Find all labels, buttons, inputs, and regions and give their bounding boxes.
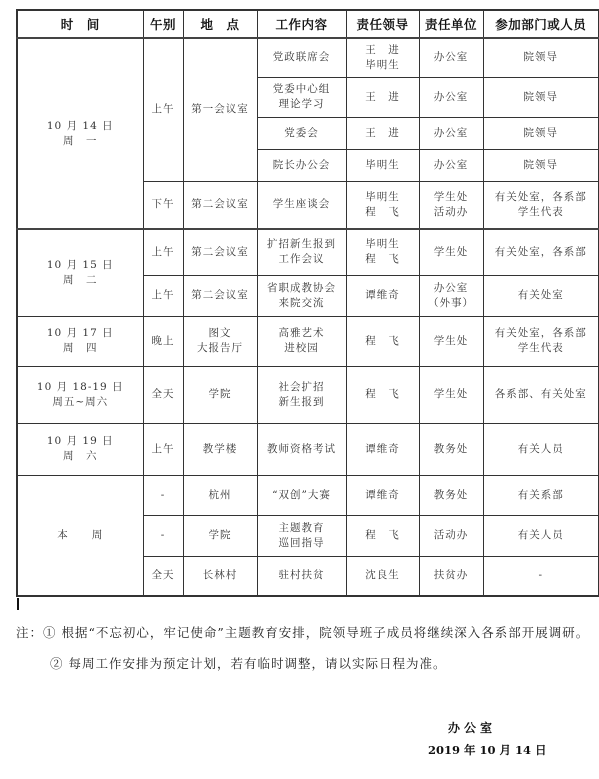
unit-cell: 教务处 bbox=[419, 475, 483, 515]
date-cell: 10 月 14 日 周 一 bbox=[17, 38, 143, 229]
date-cell: 10 月 15 日 周 二 bbox=[17, 229, 143, 316]
unit-cell: 办公室 bbox=[419, 149, 483, 181]
unit-cell: 办公室 bbox=[419, 38, 483, 77]
location-cell: 第二会议室 bbox=[183, 275, 257, 316]
participants-cell: 院领导 bbox=[483, 77, 599, 117]
weekly-schedule-table: 时 间 午别 地 点 工作内容 责任领导 责任单位 参加部门或人员 10 月 1… bbox=[16, 9, 599, 597]
header-participants: 参加部门或人员 bbox=[483, 10, 599, 38]
date-cell: 本 周 bbox=[17, 475, 143, 596]
date-cell: 10 月 19 日 周 六 bbox=[17, 423, 143, 475]
header-content: 工作内容 bbox=[257, 10, 346, 38]
unit-cell: 扶贫办 bbox=[419, 556, 483, 596]
date-cell: 10 月 18-19 日 周五~周六 bbox=[17, 366, 143, 423]
content-cell: 党政联席会 bbox=[257, 38, 346, 77]
date-cell: 10 月 17 日 周 四 bbox=[17, 316, 143, 366]
location-cell: 图文 大报告厅 bbox=[183, 316, 257, 366]
unit-cell: 办公室 bbox=[419, 77, 483, 117]
period-cell: - bbox=[143, 515, 183, 556]
participants-cell: 有关处室，各系部 bbox=[483, 229, 599, 275]
participants-cell: 有关系部 bbox=[483, 475, 599, 515]
leader-cell: 程 飞 bbox=[346, 515, 419, 556]
participants-cell: 各系部、有关处室 bbox=[483, 366, 599, 423]
leader-cell: 毕明生 程 飞 bbox=[346, 229, 419, 275]
participants-cell: 院领导 bbox=[483, 117, 599, 149]
header-unit: 责任单位 bbox=[419, 10, 483, 38]
location-cell: 第二会议室 bbox=[183, 181, 257, 229]
note-1: 注：① 根据“不忘初心，牢记使命”主题教育安排，院领导班子成员将继续深入各系部开… bbox=[16, 620, 591, 645]
unit-cell: 学生处 bbox=[419, 366, 483, 423]
participants-cell: 院领导 bbox=[483, 38, 599, 77]
unit-cell: 办公室 （外事） bbox=[419, 275, 483, 316]
content-cell: 主题教育 巡回指导 bbox=[257, 515, 346, 556]
location-cell: 长林村 bbox=[183, 556, 257, 596]
leader-cell: 王 进 bbox=[346, 117, 419, 149]
unit-cell: 学生处 bbox=[419, 316, 483, 366]
note-2: ② 每周工作安排为预定计划，若有临时调整，请以实际日程为准。 bbox=[16, 651, 591, 676]
period-cell: 上午 bbox=[143, 275, 183, 316]
leader-cell: 程 飞 bbox=[346, 366, 419, 423]
participants-cell: 有关处室，各系部 学生代表 bbox=[483, 316, 599, 366]
location-cell: 第二会议室 bbox=[183, 229, 257, 275]
content-cell: 党委中心组 理论学习 bbox=[257, 77, 346, 117]
period-cell: 上午 bbox=[143, 229, 183, 275]
header-location: 地 点 bbox=[183, 10, 257, 38]
text-cursor bbox=[17, 598, 19, 610]
unit-cell: 学生处 活动办 bbox=[419, 181, 483, 229]
table-row: 10 月 19 日 周 六 上午 教学楼 教师资格考试 谭维奇 教务处 有关人员 bbox=[17, 423, 599, 475]
unit-cell: 办公室 bbox=[419, 117, 483, 149]
leader-cell: 王 进 毕明生 bbox=[346, 38, 419, 77]
content-cell: 学生座谈会 bbox=[257, 181, 346, 229]
table-row: 10 月 15 日 周 二 上午 第二会议室 扩招新生报到 工作会议 毕明生 程… bbox=[17, 229, 599, 275]
location-cell: 学院 bbox=[183, 366, 257, 423]
content-cell: “双创”大赛 bbox=[257, 475, 346, 515]
period-cell: 全天 bbox=[143, 556, 183, 596]
leader-cell: 沈良生 bbox=[346, 556, 419, 596]
participants-cell: 有关处室 bbox=[483, 275, 599, 316]
location-cell: 杭州 bbox=[183, 475, 257, 515]
header-period: 午别 bbox=[143, 10, 183, 38]
content-cell: 党委会 bbox=[257, 117, 346, 149]
location-cell: 第一会议室 bbox=[183, 38, 257, 181]
period-cell: 晚上 bbox=[143, 316, 183, 366]
header-leader: 责任领导 bbox=[346, 10, 419, 38]
signature-date: 2019 年 10 月 14 日 bbox=[428, 742, 599, 758]
content-cell: 教师资格考试 bbox=[257, 423, 346, 475]
header-row: 时 间 午别 地 点 工作内容 责任领导 责任单位 参加部门或人员 bbox=[17, 10, 599, 38]
participants-cell: 有关人员 bbox=[483, 423, 599, 475]
leader-cell: 毕明生 程 飞 bbox=[346, 181, 419, 229]
notes-section: 注：① 根据“不忘初心，牢记使命”主题教育安排，院领导班子成员将继续深入各系部开… bbox=[16, 620, 591, 676]
signature-office: 办公室 bbox=[448, 719, 599, 736]
participants-cell: 有关处室，各系部 学生代表 bbox=[483, 181, 599, 229]
leader-cell: 王 进 bbox=[346, 77, 419, 117]
header-time: 时 间 bbox=[17, 10, 143, 38]
content-cell: 驻村扶贫 bbox=[257, 556, 346, 596]
location-cell: 教学楼 bbox=[183, 423, 257, 475]
content-cell: 院长办公会 bbox=[257, 149, 346, 181]
content-cell: 高雅艺术 进校园 bbox=[257, 316, 346, 366]
period-cell: 上午 bbox=[143, 38, 183, 181]
period-cell: - bbox=[143, 475, 183, 515]
leader-cell: 谭维奇 bbox=[346, 423, 419, 475]
table-row: 10 月 17 日 周 四 晚上 图文 大报告厅 高雅艺术 进校园 程 飞 学生… bbox=[17, 316, 599, 366]
participants-cell: 院领导 bbox=[483, 149, 599, 181]
period-cell: 上午 bbox=[143, 423, 183, 475]
participants-cell: 有关人员 bbox=[483, 515, 599, 556]
unit-cell: 活动办 bbox=[419, 515, 483, 556]
participants-cell: - bbox=[483, 556, 599, 596]
table-row: 10 月 14 日 周 一 上午 第一会议室 党政联席会 王 进 毕明生 办公室… bbox=[17, 38, 599, 77]
leader-cell: 谭维奇 bbox=[346, 275, 419, 316]
location-cell: 学院 bbox=[183, 515, 257, 556]
leader-cell: 谭维奇 bbox=[346, 475, 419, 515]
table-row: 10 月 18-19 日 周五~周六 全天 学院 社会扩招 新生报到 程 飞 学… bbox=[17, 366, 599, 423]
content-cell: 扩招新生报到 工作会议 bbox=[257, 229, 346, 275]
leader-cell: 毕明生 bbox=[346, 149, 419, 181]
unit-cell: 教务处 bbox=[419, 423, 483, 475]
leader-cell: 程 飞 bbox=[346, 316, 419, 366]
table-row: 本 周 - 杭州 “双创”大赛 谭维奇 教务处 有关系部 bbox=[17, 475, 599, 515]
period-cell: 下午 bbox=[143, 181, 183, 229]
content-cell: 社会扩招 新生报到 bbox=[257, 366, 346, 423]
content-cell: 省职成教协会 来院交流 bbox=[257, 275, 346, 316]
period-cell: 全天 bbox=[143, 366, 183, 423]
unit-cell: 学生处 bbox=[419, 229, 483, 275]
